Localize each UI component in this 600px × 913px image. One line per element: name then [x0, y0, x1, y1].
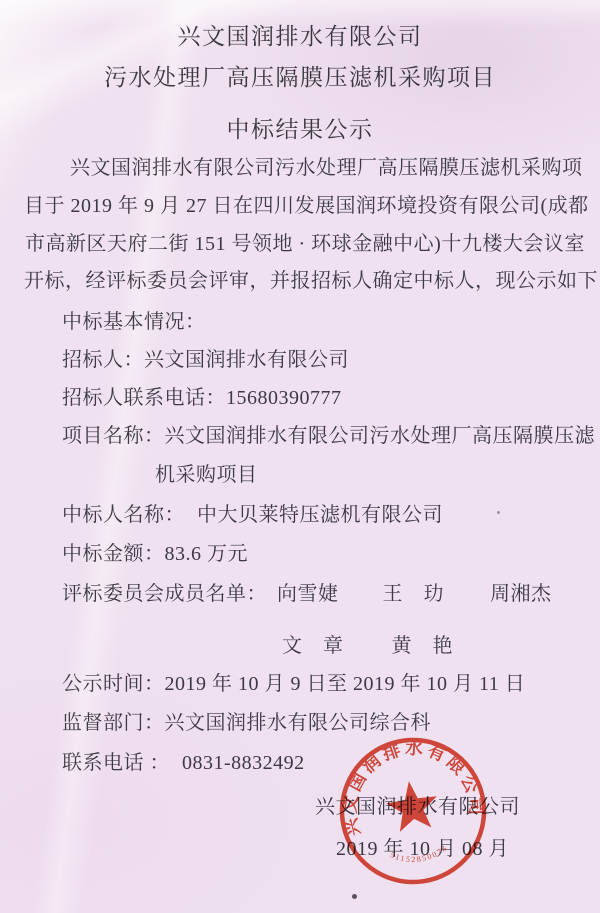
contact-value: 0831-8832492: [182, 752, 305, 774]
tenderer-label: 招标人：: [62, 349, 144, 371]
row-committee-2: 文 章 黄 艳: [282, 633, 453, 659]
seal-serial-number: 51152850078: [388, 842, 451, 867]
winner-value: 中大贝莱特压滤机有限公司: [197, 504, 443, 526]
supervision-label: 监督部门：: [62, 712, 165, 734]
row-amount: 中标金额：83.6 万元: [62, 541, 248, 567]
publicity-value: 2019 年 10 月 9 日至 2019 年 10 月 11 日: [165, 673, 526, 695]
project-title: 污水处理厂高压隔膜压滤机采购项目: [0, 65, 600, 91]
committee-member: 周湘杰: [490, 581, 552, 607]
committee-member: 向雪婕: [277, 581, 339, 607]
scanned-document-page: 兴文国润排水有限公司 污水处理厂高压隔膜压滤机采购项目 中标结果公示 兴文国润排…: [0, 0, 600, 913]
row-supervision-dept: 监督部门：兴文国润排水有限公司综合科: [62, 710, 431, 736]
intro-line-3: 市高新区天府二街 151 号领地 · 环球金融中心)十九楼大会议室: [25, 231, 585, 257]
contact-label: 联系电话 ：: [62, 752, 170, 774]
section-heading: 中标基本情况：: [62, 309, 206, 335]
row-committee: 评标委员会成员名单： 向雪婕 王 玏 周湘杰: [62, 581, 552, 607]
committee-member: 黄 艳: [392, 633, 454, 659]
ink-speck: [497, 511, 500, 514]
row-tenderer: 招标人：兴文国润排水有限公司: [62, 347, 349, 373]
ink-speck: [352, 894, 357, 899]
tenderer-phone-value: 15680390777: [226, 387, 342, 409]
amount-label: 中标金额：: [62, 543, 165, 565]
official-seal: 兴文国润排水有限公司 51152850078: [328, 726, 497, 895]
company-title: 兴文国润排水有限公司: [0, 24, 600, 50]
project-name-value: 兴文国润排水有限公司污水处理厂高压隔膜压滤: [165, 425, 596, 447]
tenderer-value: 兴文国润排水有限公司: [144, 349, 349, 371]
publicity-label: 公示时间：: [62, 673, 165, 695]
committee-member: 文 章: [282, 633, 344, 659]
project-name-label: 项目名称：: [62, 425, 165, 447]
supervision-value: 兴文国润排水有限公司综合科: [165, 712, 432, 734]
row-winner: 中标人名称：中大贝莱特压滤机有限公司: [62, 502, 443, 528]
intro-line-2: 目于 2019 年 9 月 27 日在四川发展国润环境投资有限公司(成都: [24, 193, 589, 219]
doc-title: 中标结果公示: [0, 117, 600, 143]
committee-member: 王 玏: [383, 581, 445, 607]
amount-value: 83.6 万元: [165, 543, 249, 565]
row-project-name: 项目名称：兴文国润排水有限公司污水处理厂高压隔膜压滤: [62, 423, 595, 449]
row-tenderer-phone: 招标人联系电话：15680390777: [62, 385, 342, 411]
seal-star-icon: [383, 778, 441, 833]
row-publicity-period: 公示时间：2019 年 10 月 9 日至 2019 年 10 月 11 日: [62, 671, 525, 697]
intro-line-4: 开标，经评标委员会评审，并报招标人确定中标人，现公示如下：: [24, 268, 600, 294]
intro-line-1: 兴文国润排水有限公司污水处理厂高压隔膜压滤机采购项: [70, 155, 583, 181]
row-project-name-cont: 机采购项目: [155, 462, 258, 488]
winner-label: 中标人名称：: [62, 504, 185, 526]
tenderer-phone-label: 招标人联系电话：: [62, 387, 226, 409]
row-contact-phone: 联系电话 ：0831-8832492: [62, 750, 305, 776]
committee-label: 评标委员会成员名单：: [62, 581, 267, 607]
